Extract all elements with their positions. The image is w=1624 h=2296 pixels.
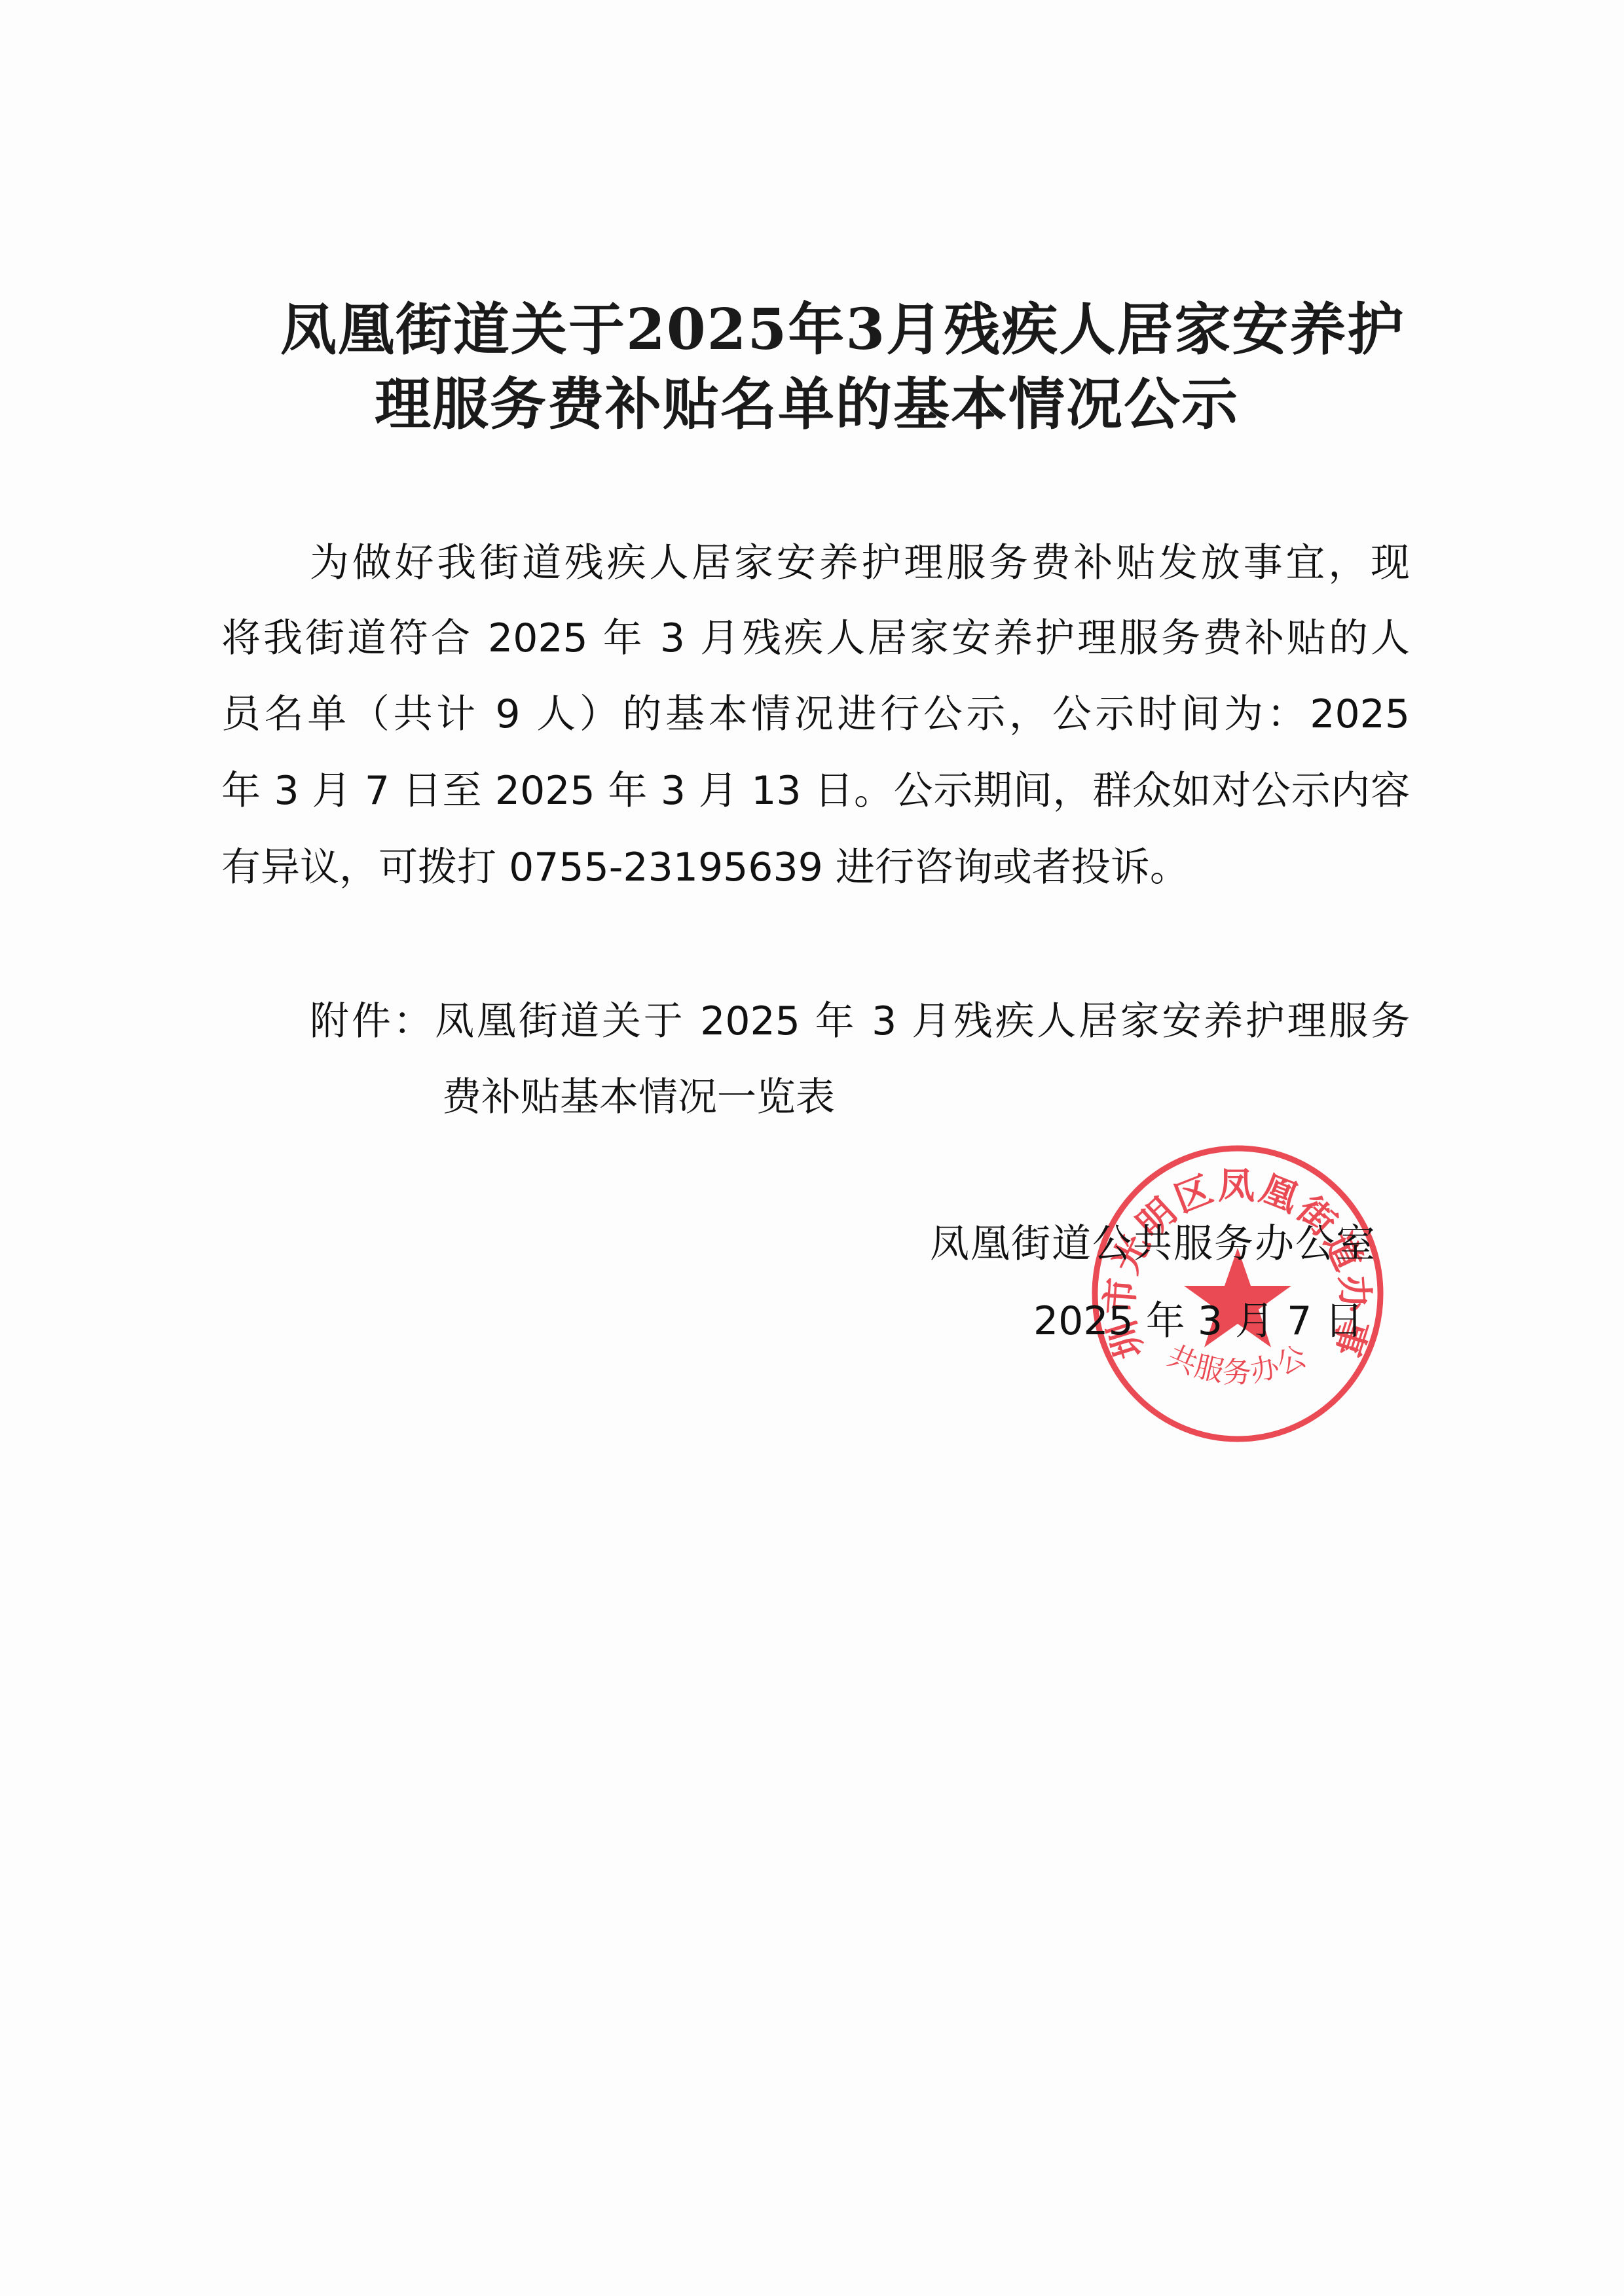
document-content: 凤凰街道关于2025年3月残疾人居家安养护 理服务费补贴名单的基本情况公示 为做… [0, 0, 1624, 2296]
body-paragraph-line: 将我街道符合 2025 年 3 月残疾人居家安养护理服务费补贴的人 [221, 612, 1410, 665]
official-seal-stamp: 深圳市光明区凤凰街道办事处 公共服务办公室 [1088, 1143, 1387, 1444]
attachment-line-1: 附件：凤凰街道关于 2025 年 3 月残疾人居家安养护理服务 [310, 995, 1410, 1048]
document-title-line-2: 理服务费补贴名单的基本情况公示 [375, 367, 1239, 443]
signature-organization: 凤凰街道公共服务办公室 [930, 1218, 1376, 1270]
signature-date: 2025 年 3 月 7 日 [1033, 1295, 1363, 1347]
body-paragraph-line: 有异议，可拨打 0755-23195639 进行咨询或者投诉。 [221, 841, 1189, 894]
document-page: 凤凰街道关于2025年3月残疾人居家安养护 理服务费补贴名单的基本情况公示 为做… [0, 0, 1624, 2296]
body-paragraph-line: 为做好我街道残疾人居家安养护理服务费补贴发放事宜，现 [310, 537, 1410, 589]
document-title-line-1: 凤凰街道关于2025年3月残疾人居家安养护 [280, 292, 1405, 368]
attachment-line-2: 费补贴基本情况一览表 [442, 1071, 835, 1123]
body-paragraph-line: 员名单（共计 9 人）的基本情况进行公示，公示时间为：2025 [221, 688, 1410, 740]
body-paragraph-line: 年 3 月 7 日至 2025 年 3 月 13 日。公示期间，群众如对公示内容 [221, 765, 1410, 817]
